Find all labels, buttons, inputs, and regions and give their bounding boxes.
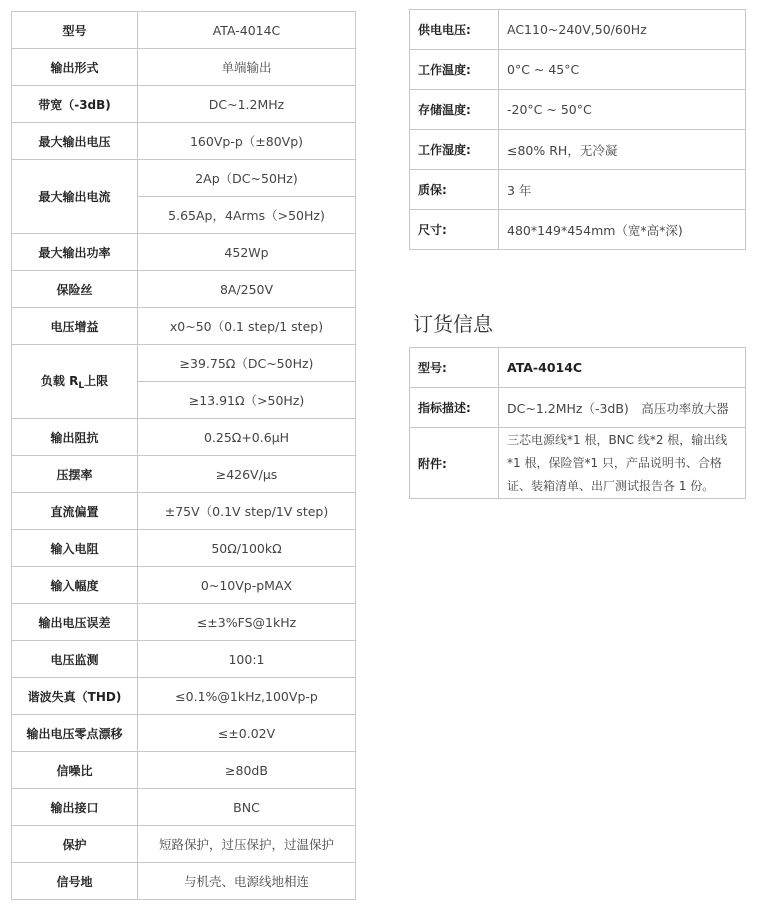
order-row-label: 附件: <box>410 428 499 499</box>
order-info-table: 型号:ATA-4014C指标描述:DC~1.2MHz（-3dB) 高压功率放大器… <box>409 347 746 499</box>
spec-value: 452Wp <box>138 234 356 271</box>
order-row-value: DC~1.2MHz（-3dB) 高压功率放大器 <box>499 388 746 428</box>
spec-value: x0~50（0.1 step/1 step) <box>138 308 356 345</box>
environment-table: 供电电压:AC110~240V,50/60Hz工作温度:0°C ~ 45°C存储… <box>409 9 746 250</box>
spec-row: 最大输出功率452Wp <box>12 234 356 271</box>
spec-value: ≤±3%FS@1kHz <box>138 604 356 641</box>
spec-row: 压摆率≥426V/μs <box>12 456 356 493</box>
spec-value: ATA-4014C <box>138 12 356 49</box>
env-row: 质保:3 年 <box>410 170 746 210</box>
spec-value: ≤0.1%@1kHz,100Vp-p <box>138 678 356 715</box>
order-row-value: ATA-4014C <box>499 348 746 388</box>
spec-value: 短路保护，过压保护，过温保护 <box>138 826 356 863</box>
spec-value: 160Vp-p（±80Vp) <box>138 123 356 160</box>
spec-row: 输出电压误差≤±3%FS@1kHz <box>12 604 356 641</box>
spec-label: 信噪比 <box>12 752 138 789</box>
spec-value: ≥39.75Ω（DC~50Hz) <box>138 345 356 382</box>
spec-value: 50Ω/100kΩ <box>138 530 356 567</box>
spec-value: BNC <box>138 789 356 826</box>
order-row: 型号:ATA-4014C <box>410 348 746 388</box>
spec-label: 负载 RL上限 <box>12 345 138 419</box>
spec-label: 型号 <box>12 12 138 49</box>
spec-table: 型号ATA-4014C输出形式单端输出带宽（-3dB)DC~1.2MHz最大输出… <box>11 11 356 900</box>
spec-row: 电压增益x0~50（0.1 step/1 step) <box>12 308 356 345</box>
spec-value: 与机壳、电源线地相连 <box>138 863 356 900</box>
spec-value: ≥13.91Ω（>50Hz) <box>138 382 356 419</box>
spec-label: 压摆率 <box>12 456 138 493</box>
spec-label-text: 负载 R <box>41 374 78 388</box>
spec-label: 最大输出功率 <box>12 234 138 271</box>
spec-value: ≥80dB <box>138 752 356 789</box>
spec-row: 信噪比≥80dB <box>12 752 356 789</box>
spec-value: 单端输出 <box>138 49 356 86</box>
env-row-label: 质保: <box>410 170 499 210</box>
spec-row: 输入电阻50Ω/100kΩ <box>12 530 356 567</box>
spec-value: 5.65Ap，4Arms（>50Hz) <box>138 197 356 234</box>
spec-row: 电压监测100:1 <box>12 641 356 678</box>
spec-label: 直流偏置 <box>12 493 138 530</box>
spec-label: 最大输出电压 <box>12 123 138 160</box>
spec-label: 输出阻抗 <box>12 419 138 456</box>
spec-label: 输出电压误差 <box>12 604 138 641</box>
env-row-label: 工作湿度: <box>410 130 499 170</box>
env-row-value: 0°C ~ 45°C <box>499 50 746 90</box>
spec-value: DC~1.2MHz <box>138 86 356 123</box>
spec-label: 输出形式 <box>12 49 138 86</box>
spec-label-text: 上限 <box>84 374 108 388</box>
order-row: 附件:三芯电源线*1 根，BNC 线*2 根，输出线*1 根，保险管*1 只，产… <box>410 428 746 499</box>
spec-row: 负载 RL上限≥39.75Ω（DC~50Hz) <box>12 345 356 382</box>
env-row: 尺寸:480*149*454mm（宽*高*深) <box>410 210 746 250</box>
spec-label: 保险丝 <box>12 271 138 308</box>
env-row-label: 尺寸: <box>410 210 499 250</box>
spec-row: 保护短路保护，过压保护，过温保护 <box>12 826 356 863</box>
spec-label: 输入幅度 <box>12 567 138 604</box>
spec-row: 型号ATA-4014C <box>12 12 356 49</box>
env-row: 存储温度:-20°C ~ 50°C <box>410 90 746 130</box>
spec-row: 带宽（-3dB)DC~1.2MHz <box>12 86 356 123</box>
env-row-label: 存储温度: <box>410 90 499 130</box>
order-row-value: 三芯电源线*1 根，BNC 线*2 根，输出线*1 根，保险管*1 只，产品说明… <box>499 428 746 499</box>
spec-label: 电压监测 <box>12 641 138 678</box>
spec-label: 信号地 <box>12 863 138 900</box>
spec-value: ≤±0.02V <box>138 715 356 752</box>
env-row: 工作温度:0°C ~ 45°C <box>410 50 746 90</box>
spec-row: 保险丝8A/250V <box>12 271 356 308</box>
spec-label: 输出电压零点漂移 <box>12 715 138 752</box>
spec-label: 输入电阻 <box>12 530 138 567</box>
spec-value: ≥426V/μs <box>138 456 356 493</box>
env-row-value: ≤80% RH，无冷凝 <box>499 130 746 170</box>
spec-row: 最大输出电流2Ap（DC~50Hz) <box>12 160 356 197</box>
spec-row: 输出形式单端输出 <box>12 49 356 86</box>
spec-label: 保护 <box>12 826 138 863</box>
order-row: 指标描述:DC~1.2MHz（-3dB) 高压功率放大器 <box>410 388 746 428</box>
spec-row: 信号地与机壳、电源线地相连 <box>12 863 356 900</box>
spec-row: 输出电压零点漂移≤±0.02V <box>12 715 356 752</box>
spec-label: 电压增益 <box>12 308 138 345</box>
order-row-label: 型号: <box>410 348 499 388</box>
env-row-value: AC110~240V,50/60Hz <box>499 10 746 50</box>
spec-value: ±75V（0.1V step/1V step) <box>138 493 356 530</box>
spec-row: 最大输出电压160Vp-p（±80Vp) <box>12 123 356 160</box>
spec-value: 0~10Vp-pMAX <box>138 567 356 604</box>
env-row: 供电电压:AC110~240V,50/60Hz <box>410 10 746 50</box>
spec-row: 输出阻抗0.25Ω+0.6μH <box>12 419 356 456</box>
spec-value: 8A/250V <box>138 271 356 308</box>
spec-row: 输出接口BNC <box>12 789 356 826</box>
spec-label: 最大输出电流 <box>12 160 138 234</box>
spec-value: 0.25Ω+0.6μH <box>138 419 356 456</box>
spec-value: 100:1 <box>138 641 356 678</box>
env-row-value: 3 年 <box>499 170 746 210</box>
env-row-label: 供电电压: <box>410 10 499 50</box>
spec-label: 输出接口 <box>12 789 138 826</box>
spec-row: 输入幅度0~10Vp-pMAX <box>12 567 356 604</box>
env-row: 工作湿度:≤80% RH，无冷凝 <box>410 130 746 170</box>
env-row-label: 工作温度: <box>410 50 499 90</box>
spec-value: 2Ap（DC~50Hz) <box>138 160 356 197</box>
order-info-heading: 订货信息 <box>413 308 493 337</box>
env-row-value: -20°C ~ 50°C <box>499 90 746 130</box>
spec-label: 谐波失真（THD) <box>12 678 138 715</box>
spec-label: 带宽（-3dB) <box>12 86 138 123</box>
spec-row: 谐波失真（THD)≤0.1%@1kHz,100Vp-p <box>12 678 356 715</box>
spec-row: 直流偏置±75V（0.1V step/1V step) <box>12 493 356 530</box>
order-row-label: 指标描述: <box>410 388 499 428</box>
env-row-value: 480*149*454mm（宽*高*深) <box>499 210 746 250</box>
